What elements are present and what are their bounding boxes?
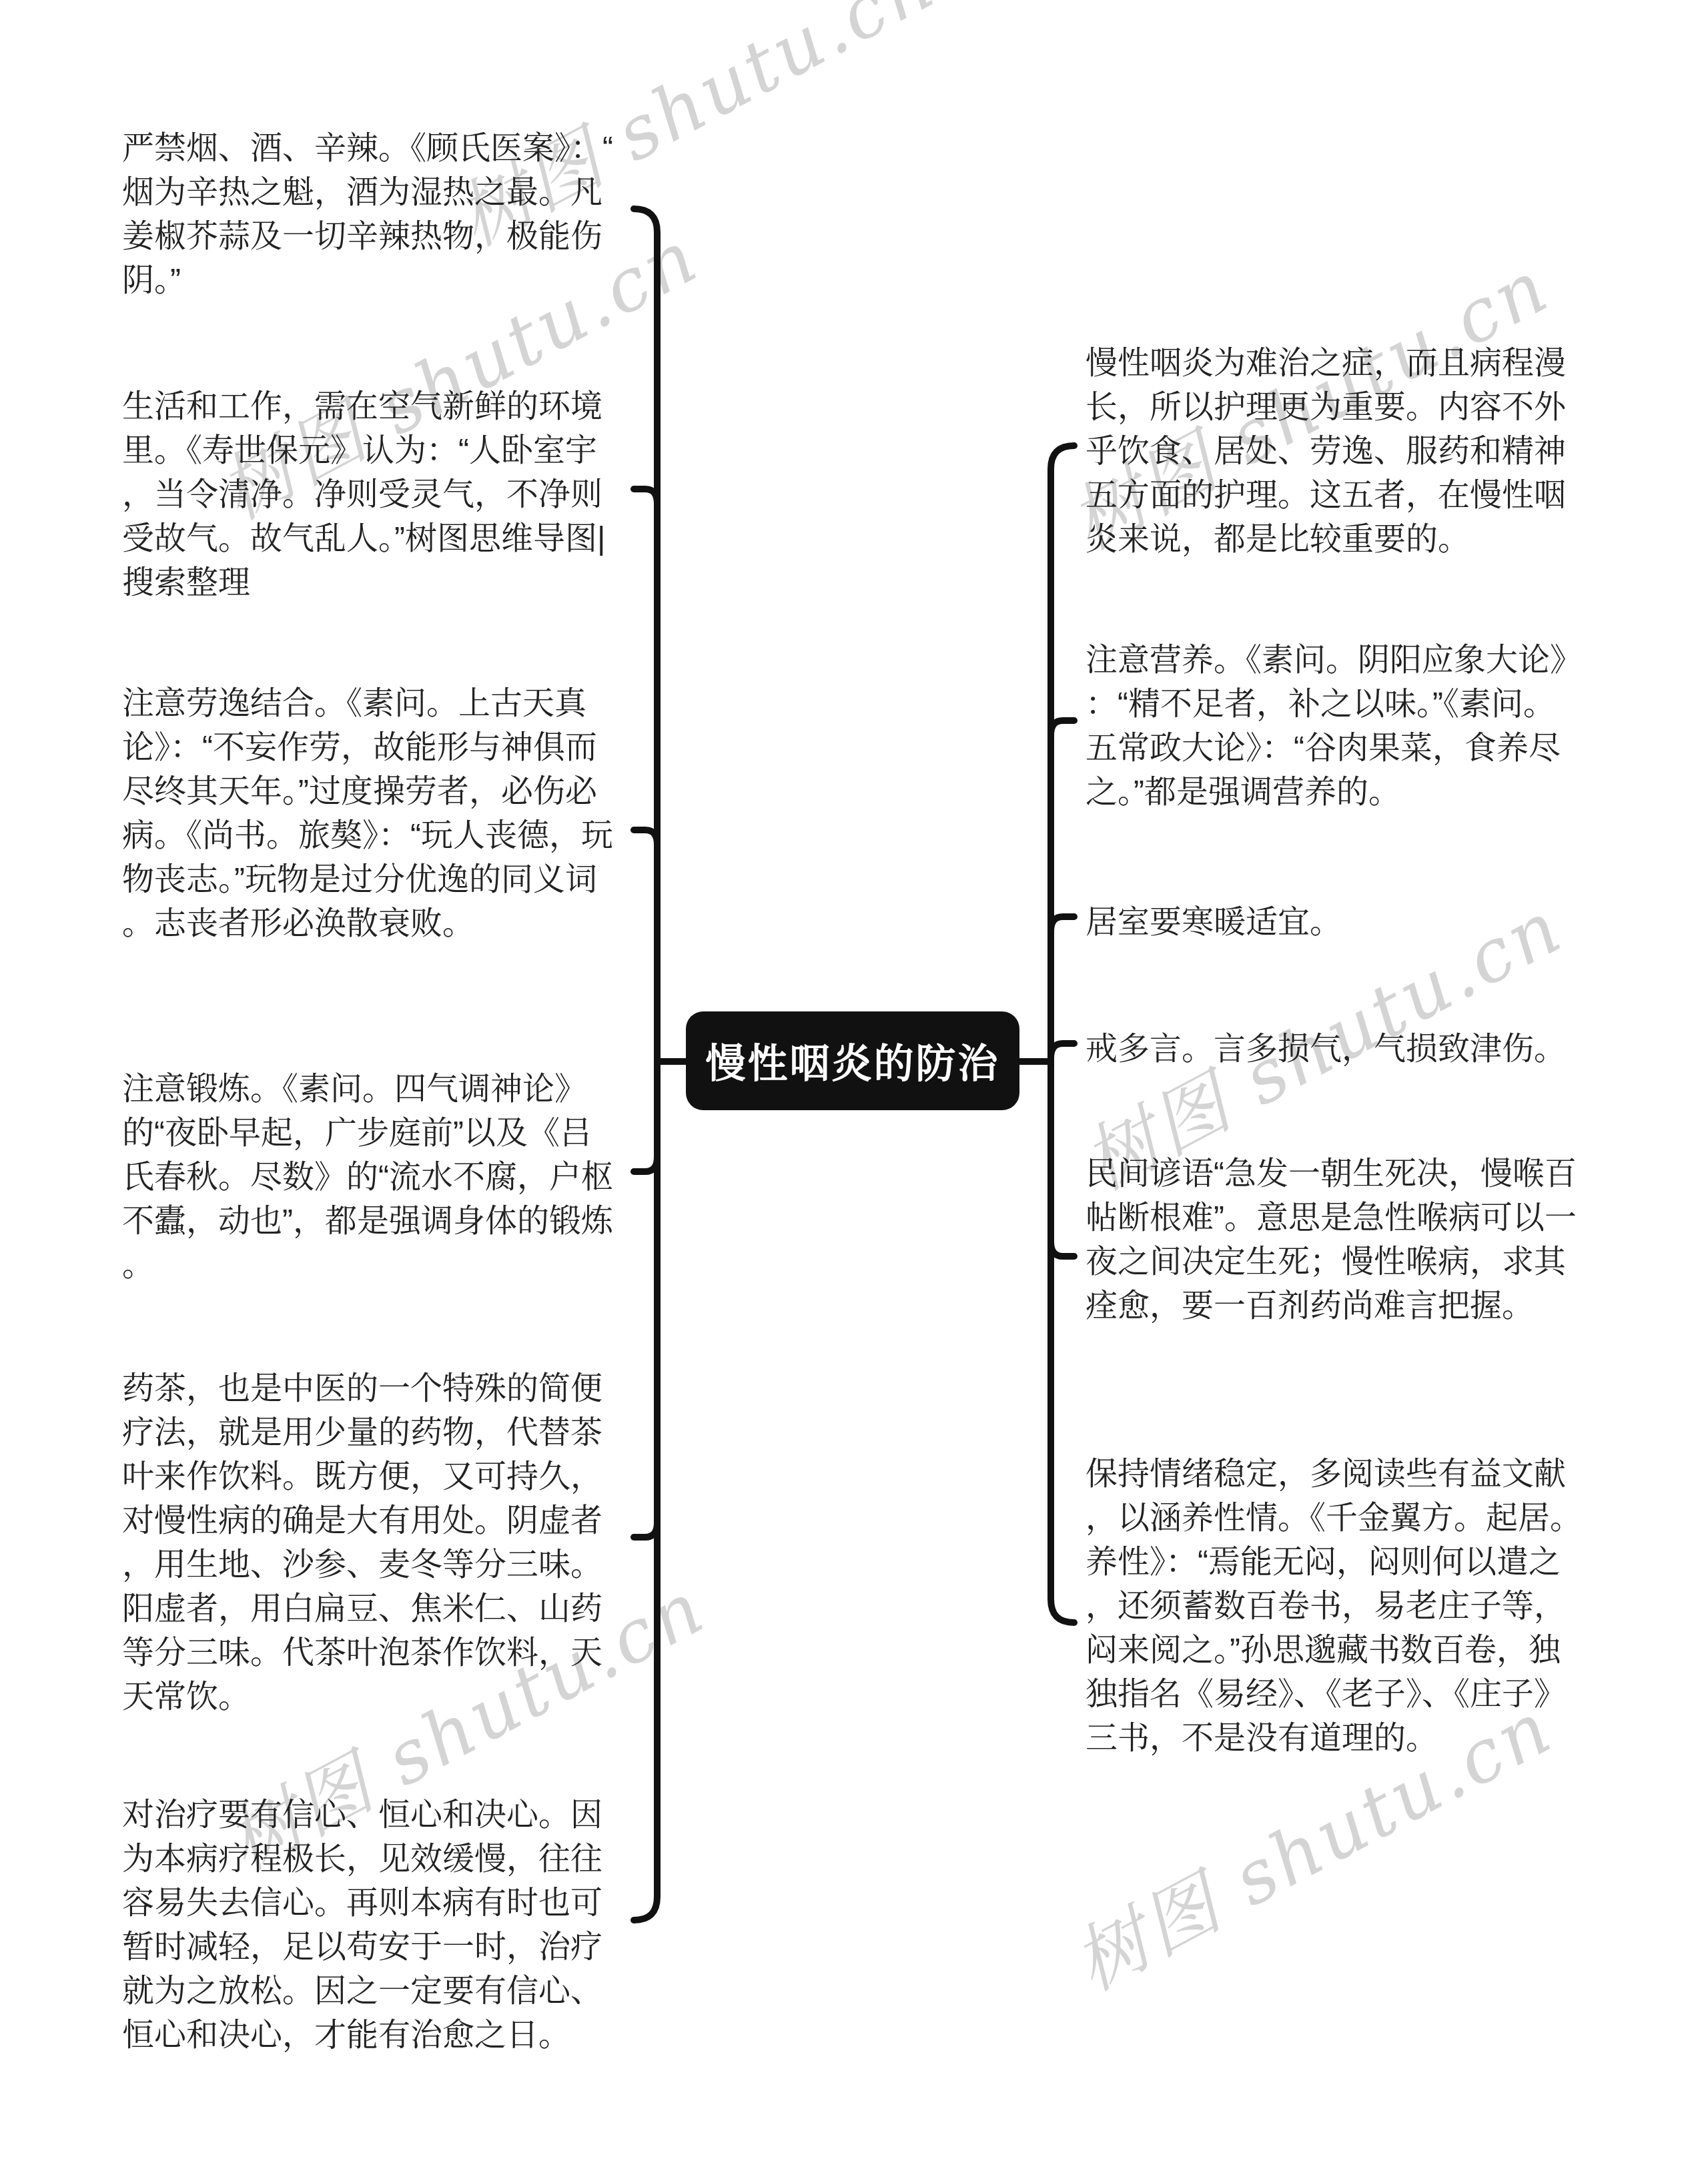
branch-node-right-5[interactable]: 民间谚语“急发一朝生死决，慢喉百帖断根难”。意思是急性喉病可以一夜之间决定生死；… (1086, 1152, 1583, 1328)
branch-node-right-1[interactable]: 慢性咽炎为难治之症，而且病程漫长，所以护理更为重要。内容不外乎饮食、居处、劳逸、… (1086, 342, 1583, 562)
right-bracket (1019, 446, 1074, 1623)
central-topic-label: 慢性咽炎的防治 (706, 1032, 1000, 1090)
branch-node-right-4[interactable]: 戒多言。言多损气，气损致津伤。 (1086, 1027, 1583, 1071)
branch-node-right-2[interactable]: 注意营养。《素问。阴阳应象大论》：“精不足者，补之以味。”《素问。五常政大论》：… (1086, 638, 1583, 815)
branch-node-left-3[interactable]: 注意劳逸结合。《素问。上古天真论》：“不妄作劳，故能形与神俱而尽终其天年。”过度… (122, 682, 616, 946)
left-bracket (634, 209, 686, 1920)
branch-node-left-5[interactable]: 药茶，也是中医的一个特殊的简便疗法，就是用少量的药物，代替茶叶来作饮料。既方便，… (122, 1367, 616, 1719)
branch-node-right-6[interactable]: 保持情绪稳定，多阅读些有益文献，以涵养性情。《千金翼方。起居。养性》：“焉能无闷… (1086, 1452, 1583, 1761)
branch-node-left-4[interactable]: 注意锻炼。《素问。四气调神论》的“夜卧早起，广步庭前”以及《吕氏春秋。尽数》的“… (122, 1067, 616, 1288)
central-topic-node[interactable]: 慢性咽炎的防治 (686, 1011, 1019, 1110)
mindmap-canvas: 树图 shutu.cn 树图 shutu.cn 树图 shutu.cn 树图 s… (0, 0, 1708, 2167)
branch-node-left-1[interactable]: 严禁烟、酒、辛辣。《顾氏医案》：“烟为辛热之魁，酒为湿热之最。凡姜椒芥蒜及一切辛… (122, 127, 616, 303)
branch-node-right-3[interactable]: 居室要寒暖适宜。 (1086, 901, 1583, 945)
branch-node-left-2[interactable]: 生活和工作，需在空气新鲜的环境里。《寿世保元》认为：“人卧室宇，当令清净。净则受… (122, 385, 616, 605)
branch-node-left-6[interactable]: 对治疗要有信心、恒心和决心。因为本病疗程极长，见效缓慢，往往容易失去信心。再则本… (122, 1793, 616, 2058)
